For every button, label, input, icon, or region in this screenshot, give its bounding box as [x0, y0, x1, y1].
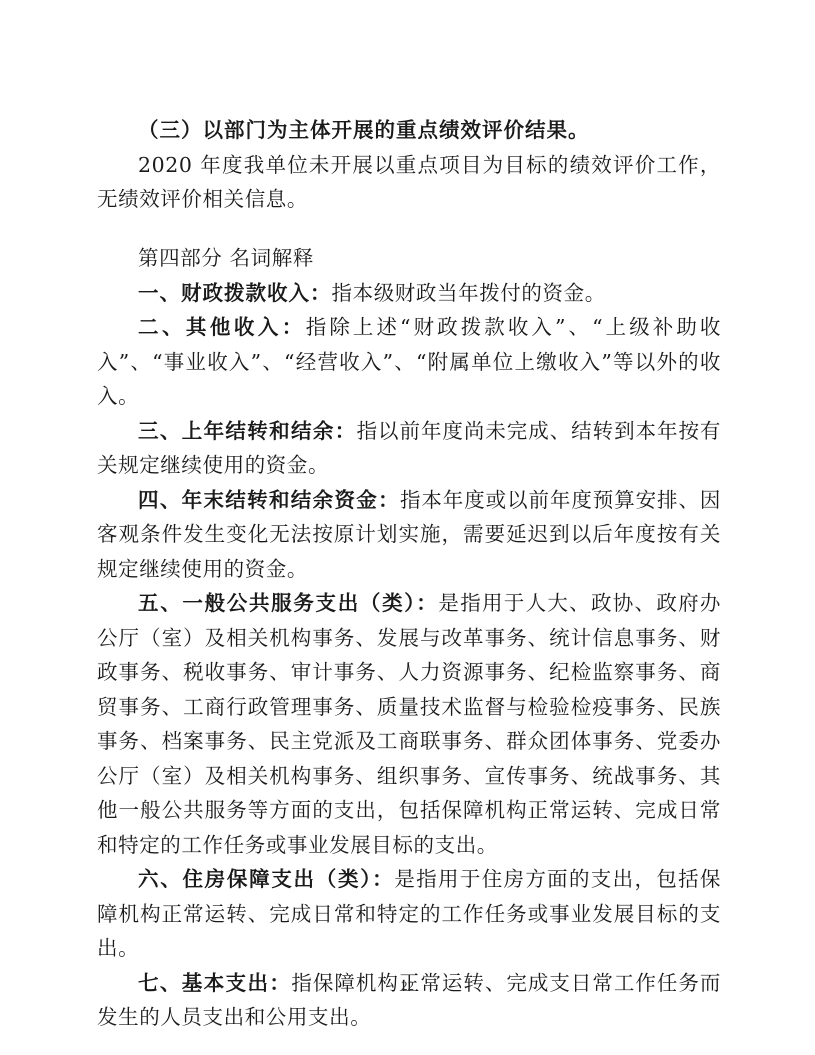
glossary-item: 七、基本支出：指保障机构正常运转、完成支日常工作任务而发生的人员支出和公用支出。 — [97, 966, 721, 1035]
glossary-item: 三、上年结转和结余：指以前年度尚未完成、结转到本年按有关规定继续使用的资金。 — [97, 414, 721, 483]
section-3-heading: （三）以部门为主体开展的重点绩效评价结果。 — [97, 113, 721, 148]
part-4-glossary: 第四部分 名词解释 一、财政拨款收入：指本级财政当年拨付的资金。 二、其他收入：… — [97, 241, 721, 1035]
glossary-term: 二、其他收入： — [138, 315, 306, 339]
glossary-definition: 是指用于人大、政协、政府办公厅（室）及相关机构事务、发展与改革事务、统计信息事务… — [97, 591, 721, 857]
page-number: 22 — [0, 978, 815, 994]
glossary-term: 一、财政拨款收入： — [138, 281, 332, 305]
section-3-body: 2020 年度我单位未开展以重点项目为目标的绩效评价工作，无绩效评价相关信息。 — [97, 148, 721, 217]
glossary-term: 五、一般公共服务支出（类）： — [138, 591, 438, 615]
glossary-term: 三、上年结转和结余： — [138, 419, 357, 443]
glossary-item: 四、年末结转和结余资金：指本年度或以前年度预算安排、因客观条件发生变化无法按原计… — [97, 483, 721, 587]
glossary-item: 二、其他收入：指除上述“财政拨款收入”、“上级补助收入”、“事业收入”、“经营收… — [97, 310, 721, 414]
glossary-definition: 指本级财政当年拨付的资金。 — [332, 281, 606, 305]
glossary-term: 四、年末结转和结余资金： — [138, 488, 400, 512]
section-3: （三）以部门为主体开展的重点绩效评价结果。 2020 年度我单位未开展以重点项目… — [97, 113, 721, 217]
glossary-term: 六、住房保障支出（类）： — [138, 867, 394, 891]
glossary-item: 五、一般公共服务支出（类）：是指用于人大、政协、政府办公厅（室）及相关机构事务、… — [97, 586, 721, 862]
glossary-item: 一、财政拨款收入：指本级财政当年拨付的资金。 — [97, 276, 721, 311]
glossary-item: 六、住房保障支出（类）：是指用于住房方面的支出，包括保障机构正常运转、完成日常和… — [97, 862, 721, 966]
part-4-title: 第四部分 名词解释 — [97, 241, 721, 276]
document-page: （三）以部门为主体开展的重点绩效评价结果。 2020 年度我单位未开展以重点项目… — [0, 0, 815, 1055]
